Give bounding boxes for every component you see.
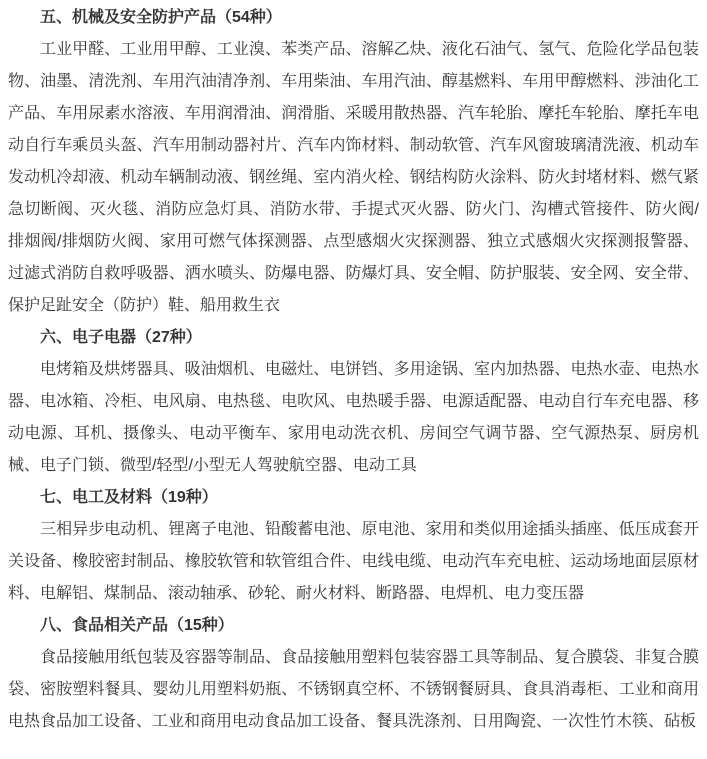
section-body-electrical-materials: 三相异步电动机、锂离子电池、铅酸蓄电池、原电池、家用和类似用途插头插座、低压成套… xyxy=(8,514,699,610)
document-page: 五、机械及安全防护产品（54种） 工业甲醛、工业用甲醇、工业溴、苯类产品、溶解乙… xyxy=(0,0,707,759)
section-electrical-materials: 七、电工及材料（19种） 三相异步电动机、锂离子电池、铅酸蓄电池、原电池、家用和… xyxy=(8,482,699,610)
section-body-machinery-safety: 工业甲醛、工业用甲醇、工业溴、苯类产品、溶解乙炔、液化石油气、氢气、危险化学品包… xyxy=(8,34,699,322)
section-food-related-products: 八、食品相关产品（15种） 食品接触用纸包装及容器等制品、食品接触用塑料包装容器… xyxy=(8,610,699,738)
section-electronic-appliances: 六、电子电器（27种） 电烤箱及烘烤器具、吸油烟机、电磁灶、电饼铛、多用途锅、室… xyxy=(8,322,699,482)
section-heading-electrical-materials: 七、电工及材料（19种） xyxy=(8,482,699,514)
section-heading-electronic-appliances: 六、电子电器（27种） xyxy=(8,322,699,354)
section-body-electronic-appliances: 电烤箱及烘烤器具、吸油烟机、电磁灶、电饼铛、多用途锅、室内加热器、电热水壶、电热… xyxy=(8,354,699,482)
section-heading-food-related: 八、食品相关产品（15种） xyxy=(8,610,699,642)
section-body-food-related: 食品接触用纸包装及容器等制品、食品接触用塑料包装容器工具等制品、复合膜袋、非复合… xyxy=(8,642,699,738)
section-heading-machinery-safety: 五、机械及安全防护产品（54种） xyxy=(8,2,699,34)
section-machinery-safety-products: 五、机械及安全防护产品（54种） 工业甲醛、工业用甲醇、工业溴、苯类产品、溶解乙… xyxy=(8,2,699,322)
